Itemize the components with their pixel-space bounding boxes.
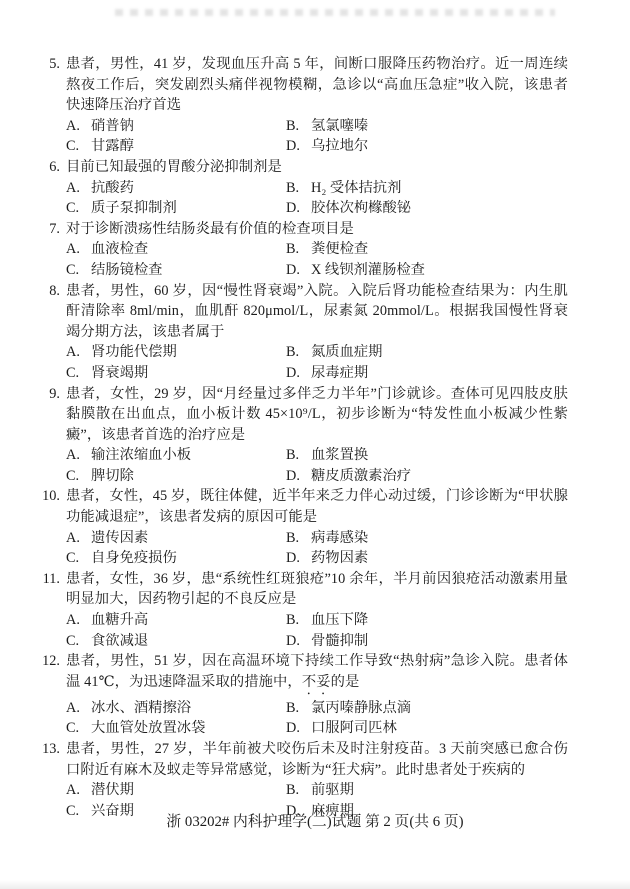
option-text: 血压下降	[311, 612, 368, 628]
answer-option: B.病毒感染	[286, 528, 568, 549]
option-text: X 线钡剂灌肠检查	[311, 262, 425, 278]
answer-option: B.氢氯噻嗪	[286, 116, 568, 137]
question-body: 患者，男性，51 岁，因在高温环境下持续工作导致“热射病”急诊入院。患者体温 4…	[66, 651, 568, 739]
option-text: 骨髓抑制	[311, 633, 368, 649]
question-stem: 患者，男性，41 岁，发现血压升高 5 年，间断口服降压药物治疗。近一周连续熬夜…	[66, 54, 568, 116]
option-text: 胶体次枸橼酸铋	[311, 200, 411, 216]
question-body: 对于诊断溃疡性结肠炎最有价值的检查项目是 A.血液检查 B.粪便检查 C.结肠镜…	[66, 219, 568, 281]
option-label: C.	[66, 466, 91, 487]
option-label: A.	[66, 116, 91, 137]
option-text: 肾衰竭期	[91, 365, 148, 381]
answer-option: D.骨髓抑制	[286, 631, 568, 652]
answer-option: D.口服阿司匹林	[286, 718, 568, 739]
option-text: 氮质血症期	[311, 344, 382, 360]
option-text: 糖皮质激素治疗	[311, 468, 411, 484]
option-label: B.	[286, 780, 311, 801]
question-item: 5. 患者，男性，41 岁，发现血压升高 5 年，间断口服降压药物治疗。近一周连…	[34, 54, 568, 157]
option-label: C.	[66, 198, 91, 219]
option-label: C.	[66, 718, 91, 739]
answer-option: C.食欲减退	[66, 631, 286, 652]
answer-option: A.抗酸药	[66, 178, 286, 199]
option-label: B.	[286, 528, 311, 549]
stem-text: 患者，男性，27 岁，半年前被犬咬伤后未及时注射疫苗。3 天前突感已愈合伤口附近…	[66, 741, 568, 778]
option-label: A.	[66, 445, 91, 466]
question-stem: 目前已知最强的胃酸分泌抑制剂是	[66, 157, 568, 178]
option-text: 质子泵抑制剂	[91, 200, 177, 216]
option-label: D.	[286, 363, 311, 384]
answer-option: D.胶体次枸橼酸铋	[286, 198, 568, 219]
question-number: 7.	[34, 219, 60, 240]
question-body: 患者，女性，45 岁，既往体健，近半年来乏力伴心动过缓，门诊诊断为“甲状腺功能减…	[66, 486, 568, 568]
answer-option: B.粪便检查	[286, 239, 568, 260]
option-text: 结肠镜检查	[91, 262, 162, 278]
answer-option: A.输注浓缩血小板	[66, 445, 286, 466]
question-stem: 患者，女性，36 岁，患“系统性红斑狼疮”10 余年，半月前因狼疮活动激素用量明…	[66, 569, 568, 610]
answer-option: B.前驱期	[286, 780, 568, 801]
option-label: B.	[286, 445, 311, 466]
scan-edge-shadow	[0, 880, 630, 889]
answer-option: A.肾功能代偿期	[66, 342, 286, 363]
question-item: 7. 对于诊断溃疡性结肠炎最有价值的检查项目是 A.血液检查 B.粪便检查 C.…	[34, 219, 568, 281]
option-text: 药物因素	[311, 550, 368, 566]
answer-option: A.遗传因素	[66, 528, 286, 549]
option-text: 硝普钠	[91, 118, 134, 134]
option-text: 氢氯噻嗪	[311, 118, 368, 134]
option-text: 血浆置换	[311, 447, 368, 463]
question-body: 患者，女性，29 岁，因“月经量过多伴乏力半年”门诊就诊。查体可见四肢皮肤黏膜散…	[66, 384, 568, 487]
question-stem: 患者，男性，51 岁，因在高温环境下持续工作导致“热射病”急诊入院。患者体温 4…	[66, 651, 568, 698]
answer-option: B.血浆置换	[286, 445, 568, 466]
question-options: A.血糖升高 B.血压下降 C.食欲减退 D.骨髓抑制	[66, 610, 568, 651]
answer-option: A.血液检查	[66, 239, 286, 260]
option-text: 甘露醇	[91, 138, 134, 154]
answer-option: C.自身免疫损伤	[66, 548, 286, 569]
question-options: A.输注浓缩血小板 B.血浆置换 C.脾切除 D.糖皮质激素治疗	[66, 445, 568, 486]
option-text: 氯丙嗪静脉点滴	[311, 700, 411, 716]
question-body: 目前已知最强的胃酸分泌抑制剂是 A.抗酸药 B.H₂ 受体拮抗剂 C.质子泵抑制…	[66, 157, 568, 219]
question-number: 5.	[34, 54, 60, 75]
option-text: 输注浓缩血小板	[91, 447, 191, 463]
option-text: 抗酸药	[91, 180, 134, 196]
question-number: 11.	[34, 569, 60, 590]
option-label: C.	[66, 548, 91, 569]
question-number: 9.	[34, 384, 60, 405]
answer-option: C.大血管处放置冰袋	[66, 718, 286, 739]
answer-option: B.氯丙嗪静脉点滴	[286, 698, 568, 719]
option-label: C.	[66, 363, 91, 384]
option-text: 遗传因素	[91, 530, 148, 546]
question-item: 13. 患者，男性，27 岁，半年前被犬咬伤后未及时注射疫苗。3 天前突感已愈合…	[34, 739, 568, 821]
question-stem: 患者，男性，27 岁，半年前被犬咬伤后未及时注射疫苗。3 天前突感已愈合伤口附近…	[66, 739, 568, 780]
question-stem: 患者，男性，60 岁，因“慢性肾衰竭”入院。入院后肾功能检查结果为：内生肌酐清除…	[66, 281, 568, 343]
answer-option: A.血糖升高	[66, 610, 286, 631]
option-text: 粪便检查	[311, 241, 368, 257]
option-label: B.	[286, 342, 311, 363]
answer-option: D.尿毒症期	[286, 363, 568, 384]
stem-text: 对于诊断溃疡性结肠炎最有价值的检查项目是	[66, 221, 354, 237]
option-label: B.	[286, 116, 311, 137]
question-number: 10.	[34, 486, 60, 507]
answer-option: A.硝普钠	[66, 116, 286, 137]
option-text: 自身免疫损伤	[91, 550, 177, 566]
option-label: B.	[286, 239, 311, 260]
answer-option: A.冰水、酒精擦浴	[66, 698, 286, 719]
question-item: 10. 患者，女性，45 岁，既往体健，近半年来乏力伴心动过缓，门诊诊断为“甲状…	[34, 486, 568, 568]
answer-option: B.氮质血症期	[286, 342, 568, 363]
question-options: A.硝普钠 B.氢氯噻嗪 C.甘露醇 D.乌拉地尔	[66, 116, 568, 157]
page-footer: 浙 03202# 内科护理学(二)试题 第 2 页(共 6 页)	[0, 811, 630, 833]
option-text: 血液检查	[91, 241, 148, 257]
option-label: D.	[286, 260, 311, 281]
question-list: 5. 患者，男性，41 岁，发现血压升高 5 年，间断口服降压药物治疗。近一周连…	[34, 54, 568, 821]
option-text: 肾功能代偿期	[91, 344, 177, 360]
question-options: A.血液检查 B.粪便检查 C.结肠镜检查 D.X 线钡剂灌肠检查	[66, 239, 568, 280]
answer-option: C.结肠镜检查	[66, 260, 286, 281]
question-body: 患者，男性，27 岁，半年前被犬咬伤后未及时注射疫苗。3 天前突感已愈合伤口附近…	[66, 739, 568, 821]
stem-text: 患者，女性，29 岁，因“月经量过多伴乏力半年”门诊就诊。查体可见四肢皮肤黏膜散…	[66, 386, 568, 443]
question-number: 8.	[34, 281, 60, 302]
option-label: A.	[66, 178, 91, 199]
option-text: 乌拉地尔	[311, 138, 368, 154]
option-label: B.	[286, 610, 311, 631]
option-label: A.	[66, 780, 91, 801]
answer-option: B.H₂ 受体拮抗剂	[286, 178, 568, 199]
option-text: 病毒感染	[311, 530, 368, 546]
option-label: C.	[66, 260, 91, 281]
option-label: A.	[66, 528, 91, 549]
question-item: 8. 患者，男性，60 岁，因“慢性肾衰竭”入院。入院后肾功能检查结果为：内生肌…	[34, 281, 568, 384]
question-stem: 对于诊断溃疡性结肠炎最有价值的检查项目是	[66, 219, 568, 240]
question-options: A.遗传因素 B.病毒感染 C.自身免疫损伤 D.药物因素	[66, 528, 568, 569]
question-options: A.肾功能代偿期 B.氮质血症期 C.肾衰竭期 D.尿毒症期	[66, 342, 568, 383]
question-item: 12. 患者，男性，51 岁，因在高温环境下持续工作导致“热射病”急诊入院。患者…	[34, 651, 568, 739]
option-label: D.	[286, 466, 311, 487]
answer-option: D.乌拉地尔	[286, 136, 568, 157]
question-item: 9. 患者，女性，29 岁，因“月经量过多伴乏力半年”门诊就诊。查体可见四肢皮肤…	[34, 384, 568, 487]
option-text: 大血管处放置冰袋	[91, 720, 205, 736]
answer-option: C.质子泵抑制剂	[66, 198, 286, 219]
question-body: 患者，女性，36 岁，患“系统性红斑狼疮”10 余年，半月前因狼疮活动激素用量明…	[66, 569, 568, 651]
option-label: D.	[286, 718, 311, 739]
option-label: B.	[286, 698, 311, 719]
stem-text: 患者，女性，45 岁，既往体健，近半年来乏力伴心动过缓，门诊诊断为“甲状腺功能减…	[66, 488, 568, 525]
stem-text: 患者，女性，36 岁，患“系统性红斑狼疮”10 余年，半月前因狼疮活动激素用量明…	[66, 571, 568, 608]
question-number: 13.	[34, 739, 60, 760]
option-label: C.	[66, 631, 91, 652]
option-label: A.	[66, 342, 91, 363]
option-text: 尿毒症期	[311, 365, 368, 381]
option-label: D.	[286, 198, 311, 219]
option-text: 食欲减退	[91, 633, 148, 649]
question-stem: 患者，女性，45 岁，既往体健，近半年来乏力伴心动过缓，门诊诊断为“甲状腺功能减…	[66, 486, 568, 527]
option-text: 血糖升高	[91, 612, 148, 628]
scan-bleedthrough-artifact	[115, 9, 555, 16]
stem-text: 患者，男性，41 岁，发现血压升高 5 年，间断口服降压药物治疗。近一周连续熬夜…	[66, 56, 568, 113]
question-item: 11. 患者，女性，36 岁，患“系统性红斑狼疮”10 余年，半月前因狼疮活动激…	[34, 569, 568, 651]
exam-paper-page: 5. 患者，男性，41 岁，发现血压升高 5 年，间断口服降压药物治疗。近一周连…	[0, 0, 630, 889]
answer-option: C.肾衰竭期	[66, 363, 286, 384]
answer-option: D.糖皮质激素治疗	[286, 466, 568, 487]
option-label: B.	[286, 178, 311, 199]
option-text: 潜伏期	[91, 782, 134, 798]
question-number: 12.	[34, 651, 60, 672]
option-text: 口服阿司匹林	[311, 720, 397, 736]
option-text: 前驱期	[311, 782, 354, 798]
question-options: A.冰水、酒精擦浴 B.氯丙嗪静脉点滴 C.大血管处放置冰袋 D.口服阿司匹林	[66, 698, 568, 739]
answer-option: D.X 线钡剂灌肠检查	[286, 260, 568, 281]
question-body: 患者，男性，60 岁，因“慢性肾衰竭”入院。入院后肾功能检查结果为：内生肌酐清除…	[66, 281, 568, 384]
stem-emphasized-text: 不妥	[302, 674, 331, 690]
option-text: H₂ 受体拮抗剂	[311, 180, 401, 196]
answer-option: C.脾切除	[66, 466, 286, 487]
option-label: D.	[286, 136, 311, 157]
option-label: D.	[286, 548, 311, 569]
question-body: 患者，男性，41 岁，发现血压升高 5 年，间断口服降压药物治疗。近一周连续熬夜…	[66, 54, 568, 157]
option-text: 冰水、酒精擦浴	[91, 700, 191, 716]
option-label: A.	[66, 610, 91, 631]
question-number: 6.	[34, 157, 60, 178]
stem-text: 患者，男性，60 岁，因“慢性肾衰竭”入院。入院后肾功能检查结果为：内生肌酐清除…	[66, 283, 568, 340]
answer-option: D.药物因素	[286, 548, 568, 569]
option-label: D.	[286, 631, 311, 652]
question-options: A.抗酸药 B.H₂ 受体拮抗剂 C.质子泵抑制剂 D.胶体次枸橼酸铋	[66, 178, 568, 219]
option-text: 脾切除	[91, 468, 134, 484]
question-stem: 患者，女性，29 岁，因“月经量过多伴乏力半年”门诊就诊。查体可见四肢皮肤黏膜散…	[66, 384, 568, 446]
answer-option: B.血压下降	[286, 610, 568, 631]
answer-option: C.甘露醇	[66, 136, 286, 157]
stem-text: 目前已知最强的胃酸分泌抑制剂是	[66, 159, 282, 175]
option-label: C.	[66, 136, 91, 157]
option-label: A.	[66, 698, 91, 719]
answer-option: A.潜伏期	[66, 780, 286, 801]
question-item: 6. 目前已知最强的胃酸分泌抑制剂是 A.抗酸药 B.H₂ 受体拮抗剂 C.质子…	[34, 157, 568, 219]
option-label: A.	[66, 239, 91, 260]
stem-text: 的是	[331, 674, 360, 690]
